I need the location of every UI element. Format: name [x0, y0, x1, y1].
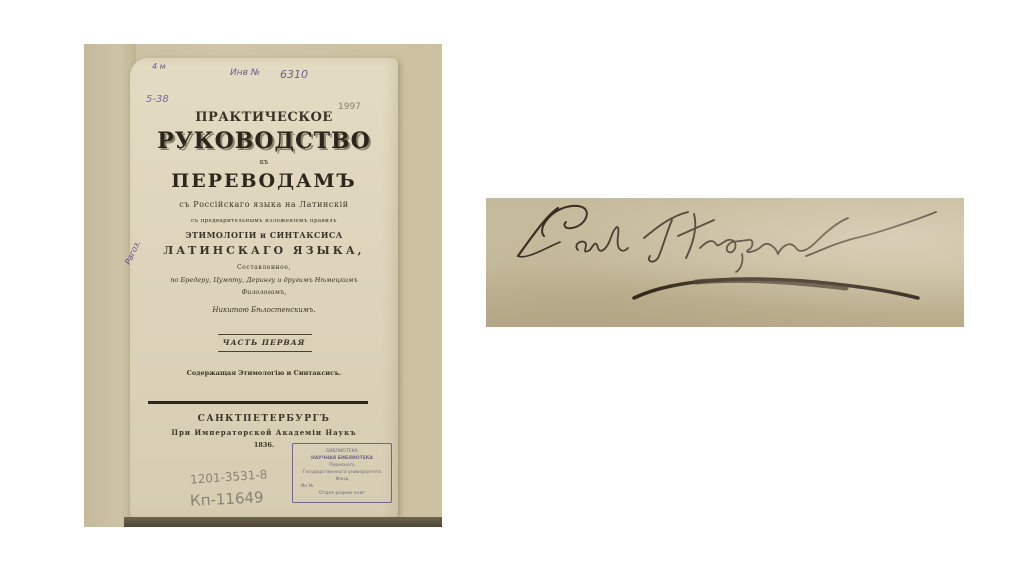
stamp-line: Ин № [293, 483, 391, 490]
handwritten-catalog-2: Кп-11649 [190, 488, 264, 510]
city-line: САНКТПЕТЕРБУРГЪ [130, 414, 398, 424]
subtitle-line-3: ЭТИМОЛОГІИ и СИНТАКСИСА [130, 230, 398, 240]
handwritten-shelf-mark: 5-38 [146, 94, 169, 105]
stamp-line: НАУЧНАЯ БИБЛИОТЕКА [293, 455, 391, 462]
thick-divider [148, 401, 368, 404]
divider [218, 334, 312, 335]
title-line-1: ПРАКТИЧЕСКОЕ [130, 110, 398, 125]
publisher-line: При Императорской Академіи Наукъ [130, 428, 398, 437]
handwritten-inventory-number: 6310 [280, 68, 308, 81]
signature-icon [486, 198, 964, 327]
title-line-4: ПЕРЕВОДАМЪ [130, 170, 398, 192]
handwritten-catalog-1: 1201-3531-8 [190, 467, 268, 486]
library-stamp: БИБЛИОТЕКА НАУЧНАЯ БИБЛИОТЕКА Пермского … [292, 443, 392, 503]
compiled-label: Составленное, [130, 264, 398, 271]
book-title-page-photo: 4 м Инв № 6310 5-38 1997 Рагоз. ПРАКТИЧЕ… [84, 44, 442, 527]
sources-line: по Бредеру, Цумпту, Дерингу и другимъ Нѣ… [130, 276, 398, 284]
title-line-3: къ [130, 158, 398, 166]
stamp-line: Государственного университета [293, 469, 391, 476]
signature-photo [486, 198, 964, 327]
book-cover [84, 44, 136, 527]
handwritten-inventory-label: Инв № [230, 68, 260, 78]
author-line: Никитою Бѣлостенскимъ. [130, 306, 398, 314]
stamp-line: Пермского [293, 462, 391, 469]
part-label: ЧАСТЬ ПЕРВАЯ [130, 338, 398, 347]
title-page: 4 м Инв № 6310 5-38 1997 Рагоз. ПРАКТИЧЕ… [130, 58, 398, 518]
divider [218, 351, 312, 352]
stamp-line: БИБЛИОТЕКА [293, 448, 391, 455]
subtitle-line-1: съ Россійскаго языка на Латинскій [130, 200, 398, 209]
title-main: РУКОВОДСТВО [130, 128, 398, 154]
handwritten-mark: 4 м [152, 62, 166, 71]
stamp-line: Отдел редких книг [293, 490, 391, 497]
subtitle-line-4: ЛАТИНСКАГО ЯЗЫКА, [130, 244, 398, 257]
subtitle-line-2: съ предварительнымъ изложеніемъ правилъ [130, 218, 398, 224]
contents-line: Содержащая Этимологію и Синтаксисъ. [130, 369, 398, 377]
stamp-line: Фонд [293, 476, 391, 483]
book-shadow [124, 517, 442, 527]
sources-line-2: Филологамъ, [130, 288, 398, 296]
